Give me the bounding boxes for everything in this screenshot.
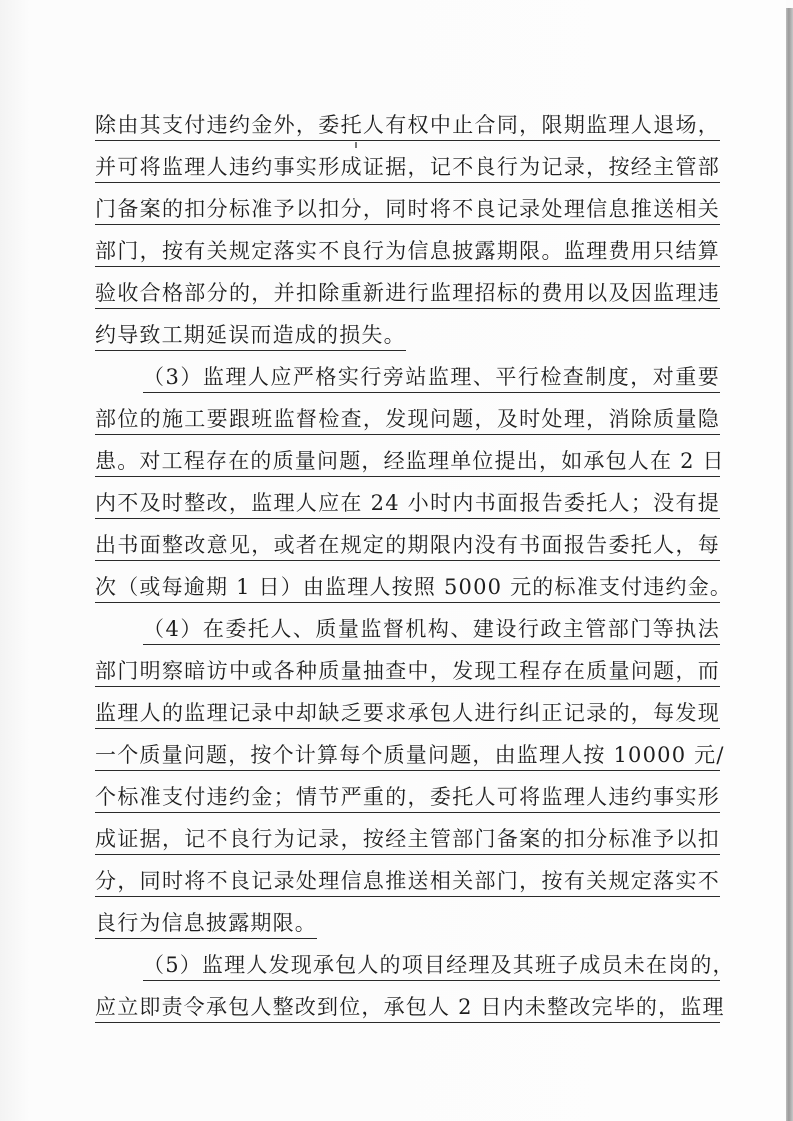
line-text: 除由其支付违约金外，委托人有权中止合同，限期监理人退场， — [95, 111, 720, 141]
line-text: 部门明察暗访中或各种质量抽查中，发现工程存在质量问题，而 — [95, 657, 720, 687]
text-line-18: 成证据，记不良行为记录，按经主管部门备案的扣分标准予以扣 — [95, 818, 720, 860]
line-text: 监理人的监理记录中却缺乏要求承包人进行纠正记录的，每发现 — [95, 699, 720, 729]
text-line-22: 应立即责令承包人整改到位，承包人 2 日内未整改完毕的，监理 — [95, 986, 720, 1028]
line-text: 患。对工程存在的质量问题，经监理单位提出，如承包人在 2 日 — [95, 447, 720, 477]
paragraph-3-first-line: （3）监理人应严格实行旁站监理、平行检查制度，对重要 — [95, 356, 720, 398]
line-text: 分，同时将不良记录处理信息推送相关部门，按有关规定落实不 — [95, 867, 720, 897]
line-text: 出书面整改意见，或者在规定的期限内没有书面报告委托人，每 — [95, 531, 720, 561]
paragraph-4-first-line: （4）在委托人、质量监督机构、建设行政主管部门等执法 — [95, 608, 720, 650]
line-text: 部位的施工要跟班监督检查，发现问题，及时处理，消除质量隐 — [95, 405, 720, 435]
line-text: 并可将监理人违约事实形成证据，记不良行为记录，按经主管部 — [95, 153, 720, 183]
line-text: 次（或每逾期 1 日）由监理人按照 5000 元的标准支付违约金。 — [95, 573, 720, 603]
scan-right-edge — [786, 8, 793, 1121]
text-line-12: 次（或每逾期 1 日）由监理人按照 5000 元的标准支付违约金。 — [95, 566, 720, 608]
text-line-19: 分，同时将不良记录处理信息推送相关部门，按有关规定落实不 — [95, 860, 720, 902]
line-text: 成证据，记不良行为记录，按经主管部门备案的扣分标准予以扣 — [95, 825, 720, 855]
text-line-9: 患。对工程存在的质量问题，经监理单位提出，如承包人在 2 日 — [95, 440, 720, 482]
text-line-11: 出书面整改意见，或者在规定的期限内没有书面报告委托人，每 — [95, 524, 720, 566]
line-text: 个标准支付违约金；情节严重的，委托人可将监理人违约事实形 — [95, 783, 720, 813]
text-line-20: 良行为信息披露期限。 — [95, 902, 720, 944]
line-text: 验收合格部分的，并扣除重新进行监理招标的费用以及因监理违 — [95, 279, 720, 309]
text-line-6: 约导致工期延误而造成的损失。 — [95, 314, 720, 356]
paragraph-5-first-line: （5）监理人发现承包人的项目经理及其班子成员未在岗的， — [95, 944, 720, 986]
line-text: （3）监理人应严格实行旁站监理、平行检查制度，对重要 — [143, 363, 720, 393]
document-body: 除由其支付违约金外，委托人有权中止合同，限期监理人退场， 并可将监理人违约事实形… — [95, 104, 720, 1028]
line-text: 一个质量问题，按个计算每个质量问题，由监理人按 10000 元/ — [95, 741, 720, 771]
text-line-17: 个标准支付违约金；情节严重的，委托人可将监理人违约事实形 — [95, 776, 720, 818]
text-line-8: 部位的施工要跟班监督检查，发现问题，及时处理，消除质量隐 — [95, 398, 720, 440]
text-line-1: 除由其支付违约金外，委托人有权中止合同，限期监理人退场， — [95, 104, 720, 146]
line-text: 良行为信息披露期限。 — [95, 909, 317, 939]
text-line-3: 门备案的扣分标准予以扣分，同时将不良记录处理信息推送相关 — [95, 188, 720, 230]
text-line-2: 并可将监理人违约事实形成证据，记不良行为记录，按经主管部 — [95, 146, 720, 188]
line-text: 应立即责令承包人整改到位，承包人 2 日内未整改完毕的，监理 — [95, 993, 720, 1023]
text-line-5: 验收合格部分的，并扣除重新进行监理招标的费用以及因监理违 — [95, 272, 720, 314]
line-text: （4）在委托人、质量监督机构、建设行政主管部门等执法 — [143, 615, 720, 645]
line-text: 约导致工期延误而造成的损失。 — [95, 321, 406, 351]
text-line-14: 部门明察暗访中或各种质量抽查中，发现工程存在质量问题，而 — [95, 650, 720, 692]
text-line-4: 部门，按有关规定落实不良行为信息披露期限。监理费用只结算 — [95, 230, 720, 272]
line-text: （5）监理人发现承包人的项目经理及其班子成员未在岗的， — [143, 951, 720, 981]
line-text: 内不及时整改，监理人应在 24 小时内书面报告委托人；没有提 — [95, 489, 720, 519]
line-text: 门备案的扣分标准予以扣分，同时将不良记录处理信息推送相关 — [95, 195, 720, 225]
document-page: 除由其支付违约金外，委托人有权中止合同，限期监理人退场， 并可将监理人违约事实形… — [0, 0, 786, 1121]
text-line-10: 内不及时整改，监理人应在 24 小时内书面报告委托人；没有提 — [95, 482, 720, 524]
text-line-15: 监理人的监理记录中却缺乏要求承包人进行纠正记录的，每发现 — [95, 692, 720, 734]
line-text: 部门，按有关规定落实不良行为信息披露期限。监理费用只结算 — [95, 237, 720, 267]
text-line-16: 一个质量问题，按个计算每个质量问题，由监理人按 10000 元/ — [95, 734, 720, 776]
